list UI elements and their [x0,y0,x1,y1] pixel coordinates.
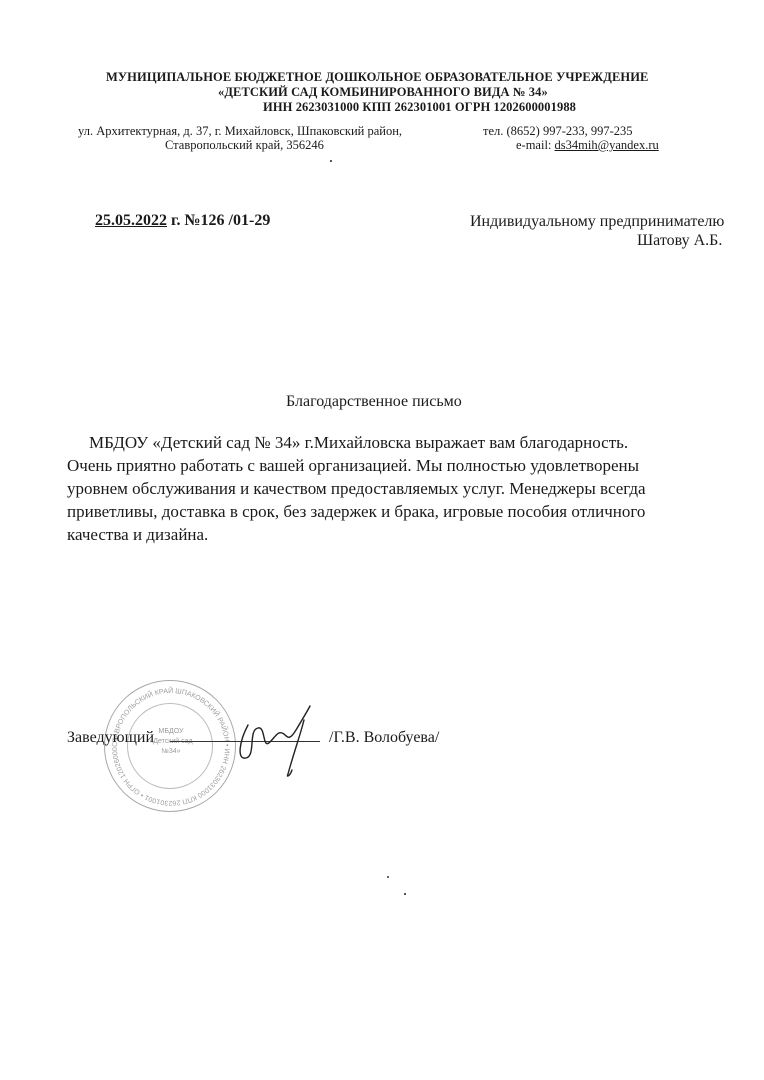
recipient-line1: Индивидуальному предпринимателю [470,213,724,231]
letter-body-line3: уровнем обслуживания и качеством предост… [67,477,646,501]
org-name-line2: «ДЕТСКИЙ САД КОМБИНИРОВАННОГО ВИДА № 34» [218,85,548,100]
letter-body-line5: качества и дизайна. [67,523,208,547]
email-label: e-mail: [516,138,555,152]
org-registration-numbers: ИНН 2623031000 КПП 262301001 ОГРН 120260… [263,100,576,115]
letter-body-line2: Очень приятно работать с вашей организац… [67,454,639,478]
signatory-name: /Г.В. Волобуева/ [329,729,439,747]
letter-title: Благодарственное письмо [286,393,462,411]
letter-body-line1: МБДОУ «Детский сад № 34» г.Михайловска в… [89,431,628,455]
address-line1: ул. Архитектурная, д. 37, г. Михайловск,… [78,124,402,139]
letter-body-line4: приветливы, доставка в срок, без задерже… [67,500,645,524]
handwritten-signature [218,700,328,780]
document-date: 25.05.2022 [95,212,167,229]
email-block: e-mail: ds34mih@yandex.ru [516,138,659,153]
scan-speck [404,893,406,895]
scan-speck [330,160,332,162]
document-number: г. №126 /01-29 [167,212,270,229]
scan-speck [387,876,389,878]
phone-numbers: тел. (8652) 997-233, 997-235 [483,124,633,139]
email-link[interactable]: ds34mih@yandex.ru [555,138,659,152]
recipient-line2: Шатову А.Б. [637,232,722,250]
signatory-position: Заведующий [67,729,154,747]
address-line2: Ставропольский край, 356246 [165,138,324,153]
org-name-line1: МУНИЦИПАЛЬНОЕ БЮДЖЕТНОЕ ДОШКОЛЬНОЕ ОБРАЗ… [106,70,648,85]
document-reference: 25.05.2022 г. №126 /01-29 [95,212,270,230]
